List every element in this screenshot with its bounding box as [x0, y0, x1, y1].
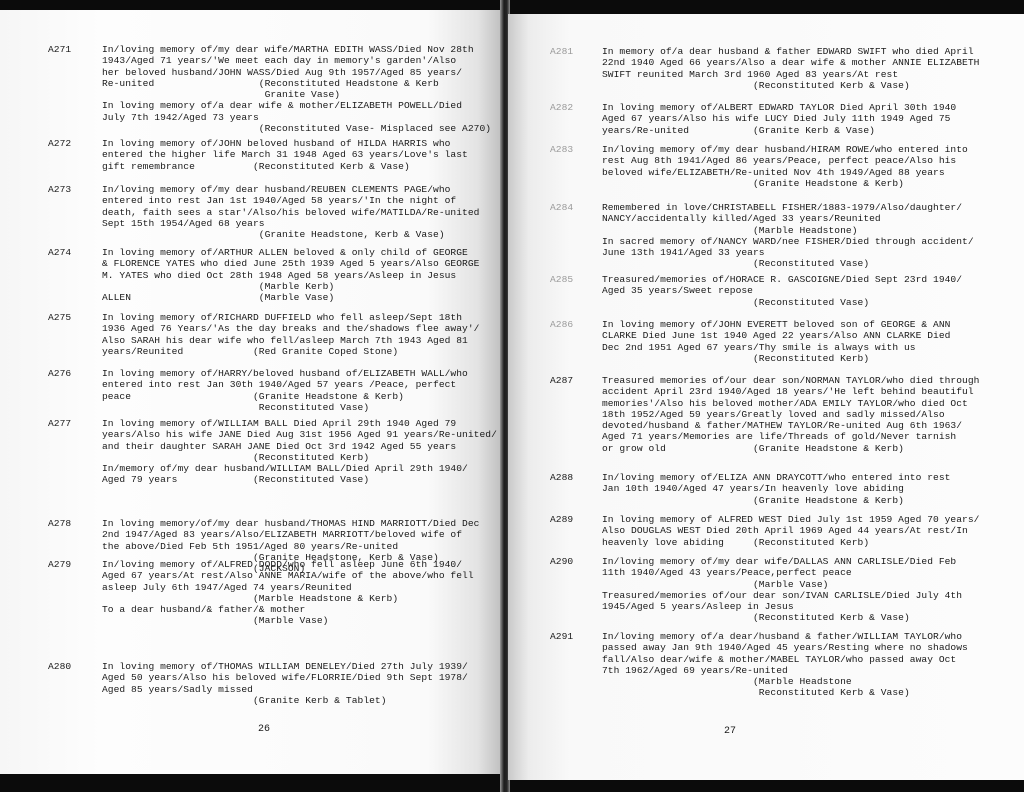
- inscription-text: In loving memory of/RICHARD DUFFIELD who…: [102, 312, 479, 357]
- entry-reference: A288: [550, 472, 573, 483]
- entry-reference: A273: [48, 184, 71, 195]
- inscription-text: In loving memory of/ARTHUR ALLEN beloved…: [102, 247, 479, 303]
- inscription-text: In/loving memory of/my dear wife/MARTHA …: [102, 44, 491, 134]
- inscription-text: In/loving memory of/my dear wife/DALLAS …: [602, 556, 962, 624]
- inscription-text: In loving memory of/HARRY/beloved husban…: [102, 368, 468, 413]
- entry-reference: A284: [550, 202, 573, 213]
- entry-reference: A287: [550, 375, 573, 386]
- right-page: 27 A281In memory of/a dear husband & fat…: [508, 14, 1024, 780]
- entry-reference: A285: [550, 274, 573, 285]
- inscription-text: In/loving memory of/ALFRED DODD/who fell…: [102, 559, 474, 627]
- entry-reference: A281: [550, 46, 573, 57]
- entry-reference: A291: [550, 631, 573, 642]
- entry-reference: A279: [48, 559, 71, 570]
- inscription-text: Remembered in love/CHRISTABELL FISHER/18…: [602, 202, 974, 270]
- left-page: 26 A271In/loving memory of/my dear wife/…: [0, 10, 503, 774]
- entry-reference: A286: [550, 319, 573, 330]
- inscription-text: In/loving memory of/ELIZA ANN DRAYCOTT/w…: [602, 472, 950, 506]
- inscription-text: Treasured memories of/our dear son/NORMA…: [602, 375, 979, 454]
- inscription-text: In loving memory of/THOMAS WILLIAM DENEL…: [102, 661, 468, 706]
- inscription-text: In/loving memory of/a dear/husband & fat…: [602, 631, 968, 699]
- inscription-text: In loving memory of/WILLIAM BALL Died Ap…: [102, 418, 497, 486]
- entry-reference: A274: [48, 247, 71, 258]
- entry-reference: A278: [48, 518, 71, 529]
- page-number-right: 27: [724, 726, 736, 737]
- inscription-text: In loving memory of/JOHN beloved husband…: [102, 138, 468, 172]
- inscription-text: In loving memory of/ALBERT EDWARD TAYLOR…: [602, 102, 956, 136]
- entry-reference: A271: [48, 44, 71, 55]
- entry-reference: A277: [48, 418, 71, 429]
- inscription-text: In/loving memory of/my dear husband/HIRA…: [602, 144, 968, 189]
- inscription-text: Treasured/memories of/HORACE R. GASCOIGN…: [602, 274, 962, 308]
- entry-reference: A283: [550, 144, 573, 155]
- entry-reference: A290: [550, 556, 573, 567]
- entry-reference: A289: [550, 514, 573, 525]
- entry-reference: A280: [48, 661, 71, 672]
- inscription-text: In loving memory of/JOHN EVERETT beloved…: [602, 319, 950, 364]
- entry-reference: A272: [48, 138, 71, 149]
- entry-reference: A276: [48, 368, 71, 379]
- entry-reference: A282: [550, 102, 573, 113]
- inscription-text: In/loving memory of/my dear husband/REUB…: [102, 184, 479, 240]
- entry-reference: A275: [48, 312, 71, 323]
- inscription-text: In loving memory of ALFRED WEST Died Jul…: [602, 514, 979, 548]
- page-number-left: 26: [258, 724, 270, 735]
- inscription-text: In memory of/a dear husband & father EDW…: [602, 46, 979, 91]
